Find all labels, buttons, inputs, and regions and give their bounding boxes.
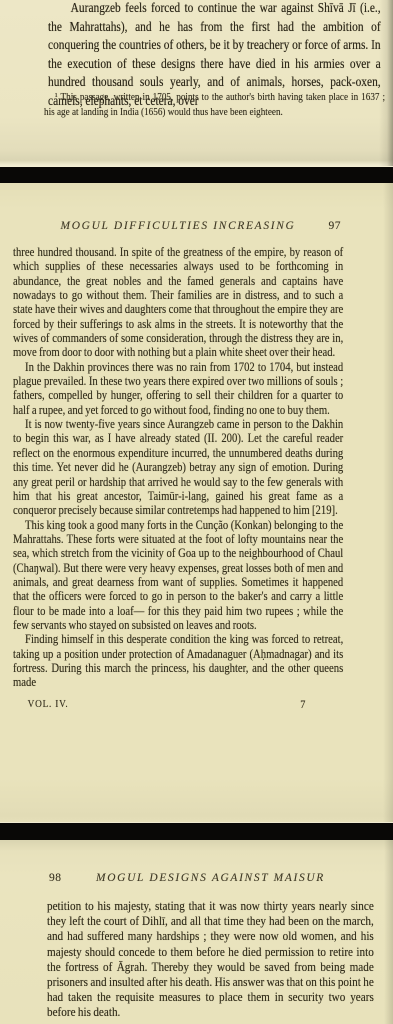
signature-number: 7 [300,697,305,711]
body-paragraph: petition to his majesty, stating that it… [47,898,374,1020]
volume-label: VOL. IV. [28,697,69,711]
page-fragment-previous: Aurangzeb feels forced to continue the w… [0,0,393,167]
page-number: 97 [329,220,342,232]
page-97: MOGUL DIFFICULTIES INCREASING 97 three h… [0,183,393,823]
body-paragraph: Finding himself in this desperate condit… [13,632,343,689]
page-body: three hundred thousand. In spite of the … [13,245,343,711]
body-paragraph: three hundred thousand. In spite of the … [13,245,343,360]
footnote: ¹ This passage, written in 1705, points … [44,90,385,119]
body-paragraph: In the Dakhin provinces there was no rai… [13,360,343,417]
page-separator-bar [0,167,393,183]
running-header: 98 MOGUL DESIGNS AGAINST MAISUR [47,872,374,884]
volume-footer: VOL. IV. 7 [13,697,343,711]
chapter-title: MOGUL DESIGNS AGAINST MAISUR [96,872,325,884]
page-98: 98 MOGUL DESIGNS AGAINST MAISUR petition… [0,840,393,1024]
running-header: MOGUL DIFFICULTIES INCREASING 97 [13,220,343,232]
body-paragraph: This king took a good many forts in the … [13,518,343,633]
body-paragraph: It is now twenty-five years since Aurang… [13,417,343,517]
chapter-title: MOGUL DIFFICULTIES INCREASING [61,220,296,232]
page-number: 98 [49,872,62,884]
page-separator-bar [0,823,393,840]
scanned-book-pages: Aurangzeb feels forced to continue the w… [0,0,393,1024]
